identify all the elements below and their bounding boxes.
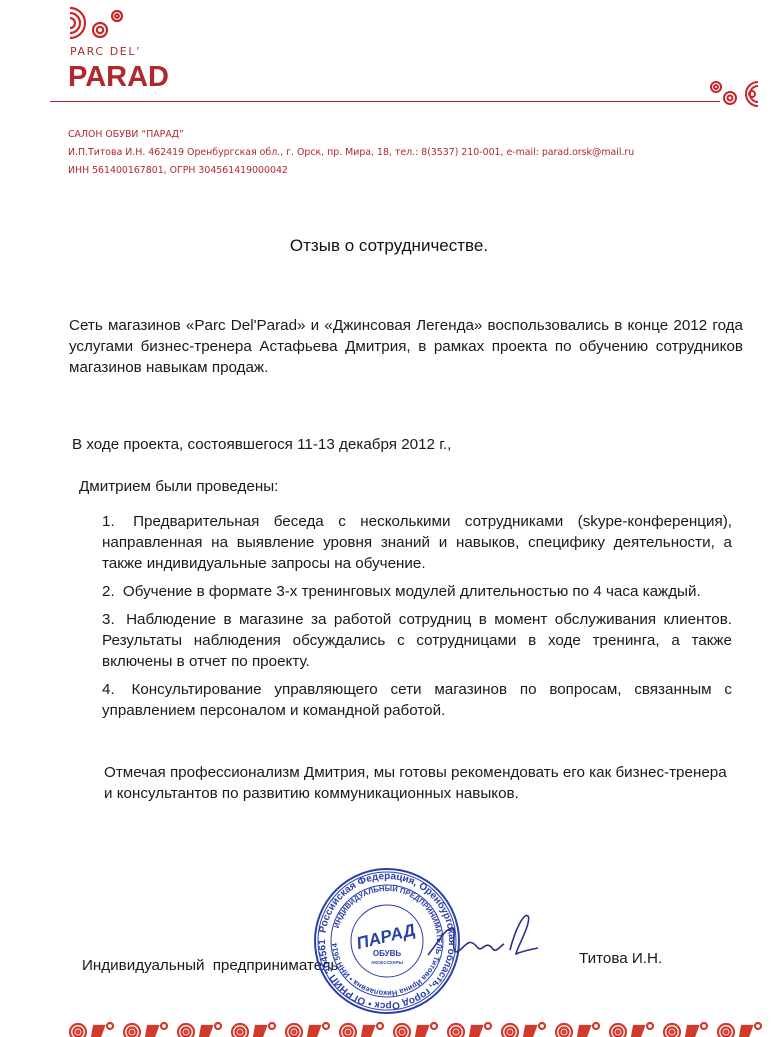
- list-item-number: 1.: [102, 513, 115, 530]
- signatory-title: Индивидуальный предприниматель: [82, 957, 338, 974]
- company-logo: PARC DEL’ PARAD: [68, 6, 198, 96]
- document-title: Отзыв о сотрудничестве.: [0, 236, 778, 256]
- svg-text:ОБУВЬ: ОБУВЬ: [373, 949, 402, 958]
- project-dates-paragraph: В ходе проекта, состоявшегося 11-13 дека…: [72, 434, 732, 455]
- list-item: 1. Предварительная беседа с несколькими …: [102, 511, 732, 574]
- list-item-text: Консультирование управляющего сети магаз…: [102, 681, 732, 719]
- logo-circles-icon: [68, 6, 128, 42]
- company-details: САЛОН ОБУВИ “ПАРАД” И.П.Титова И.Н. 4624…: [68, 126, 634, 180]
- list-item-text: Предварительная беседа с несколькими сот…: [102, 513, 732, 572]
- handwritten-signature: [420, 910, 540, 970]
- signatory-name: Титова И.Н.: [579, 950, 662, 967]
- company-registration: ИНН 561400167801, ОГРН 304561419000042: [68, 162, 634, 180]
- closing-paragraph: Отмечая профессионализм Дмитрия, мы гото…: [104, 762, 732, 804]
- logo-wordmark: PARAD: [68, 61, 169, 94]
- activities-list: 1. Предварительная беседа с несколькими …: [102, 511, 732, 728]
- list-item-number: 2.: [102, 583, 115, 600]
- decorative-circles-icon: [706, 78, 762, 108]
- list-item-number: 3.: [102, 611, 115, 628]
- list-item: 3. Наблюдение в магазине за работой сотр…: [102, 609, 732, 672]
- decorative-footer-border: [68, 1018, 778, 1037]
- svg-text:АКСЕССУАРЫ: АКСЕССУАРЫ: [371, 960, 403, 965]
- list-item-text: Обучение в формате 3-х тренинговых модул…: [123, 583, 701, 600]
- logo-subtitle: PARC DEL’: [70, 45, 141, 58]
- list-item: 4. Консультирование управляющего сети ма…: [102, 679, 732, 721]
- intro-paragraph: Сеть магазинов «Parc Del'Parad» и «Джинс…: [69, 315, 743, 378]
- activities-heading: Дмитрием были проведены:: [79, 476, 739, 497]
- list-item-number: 4.: [102, 681, 115, 698]
- header-divider: [50, 101, 720, 102]
- list-item: 2. Обучение в формате 3-х тренинговых мо…: [102, 581, 732, 602]
- company-address: И.П.Титова И.Н. 462419 Оренбургская обл.…: [68, 144, 634, 162]
- list-item-text: Наблюдение в магазине за работой сотрудн…: [102, 611, 732, 670]
- company-name: САЛОН ОБУВИ “ПАРАД”: [68, 126, 634, 144]
